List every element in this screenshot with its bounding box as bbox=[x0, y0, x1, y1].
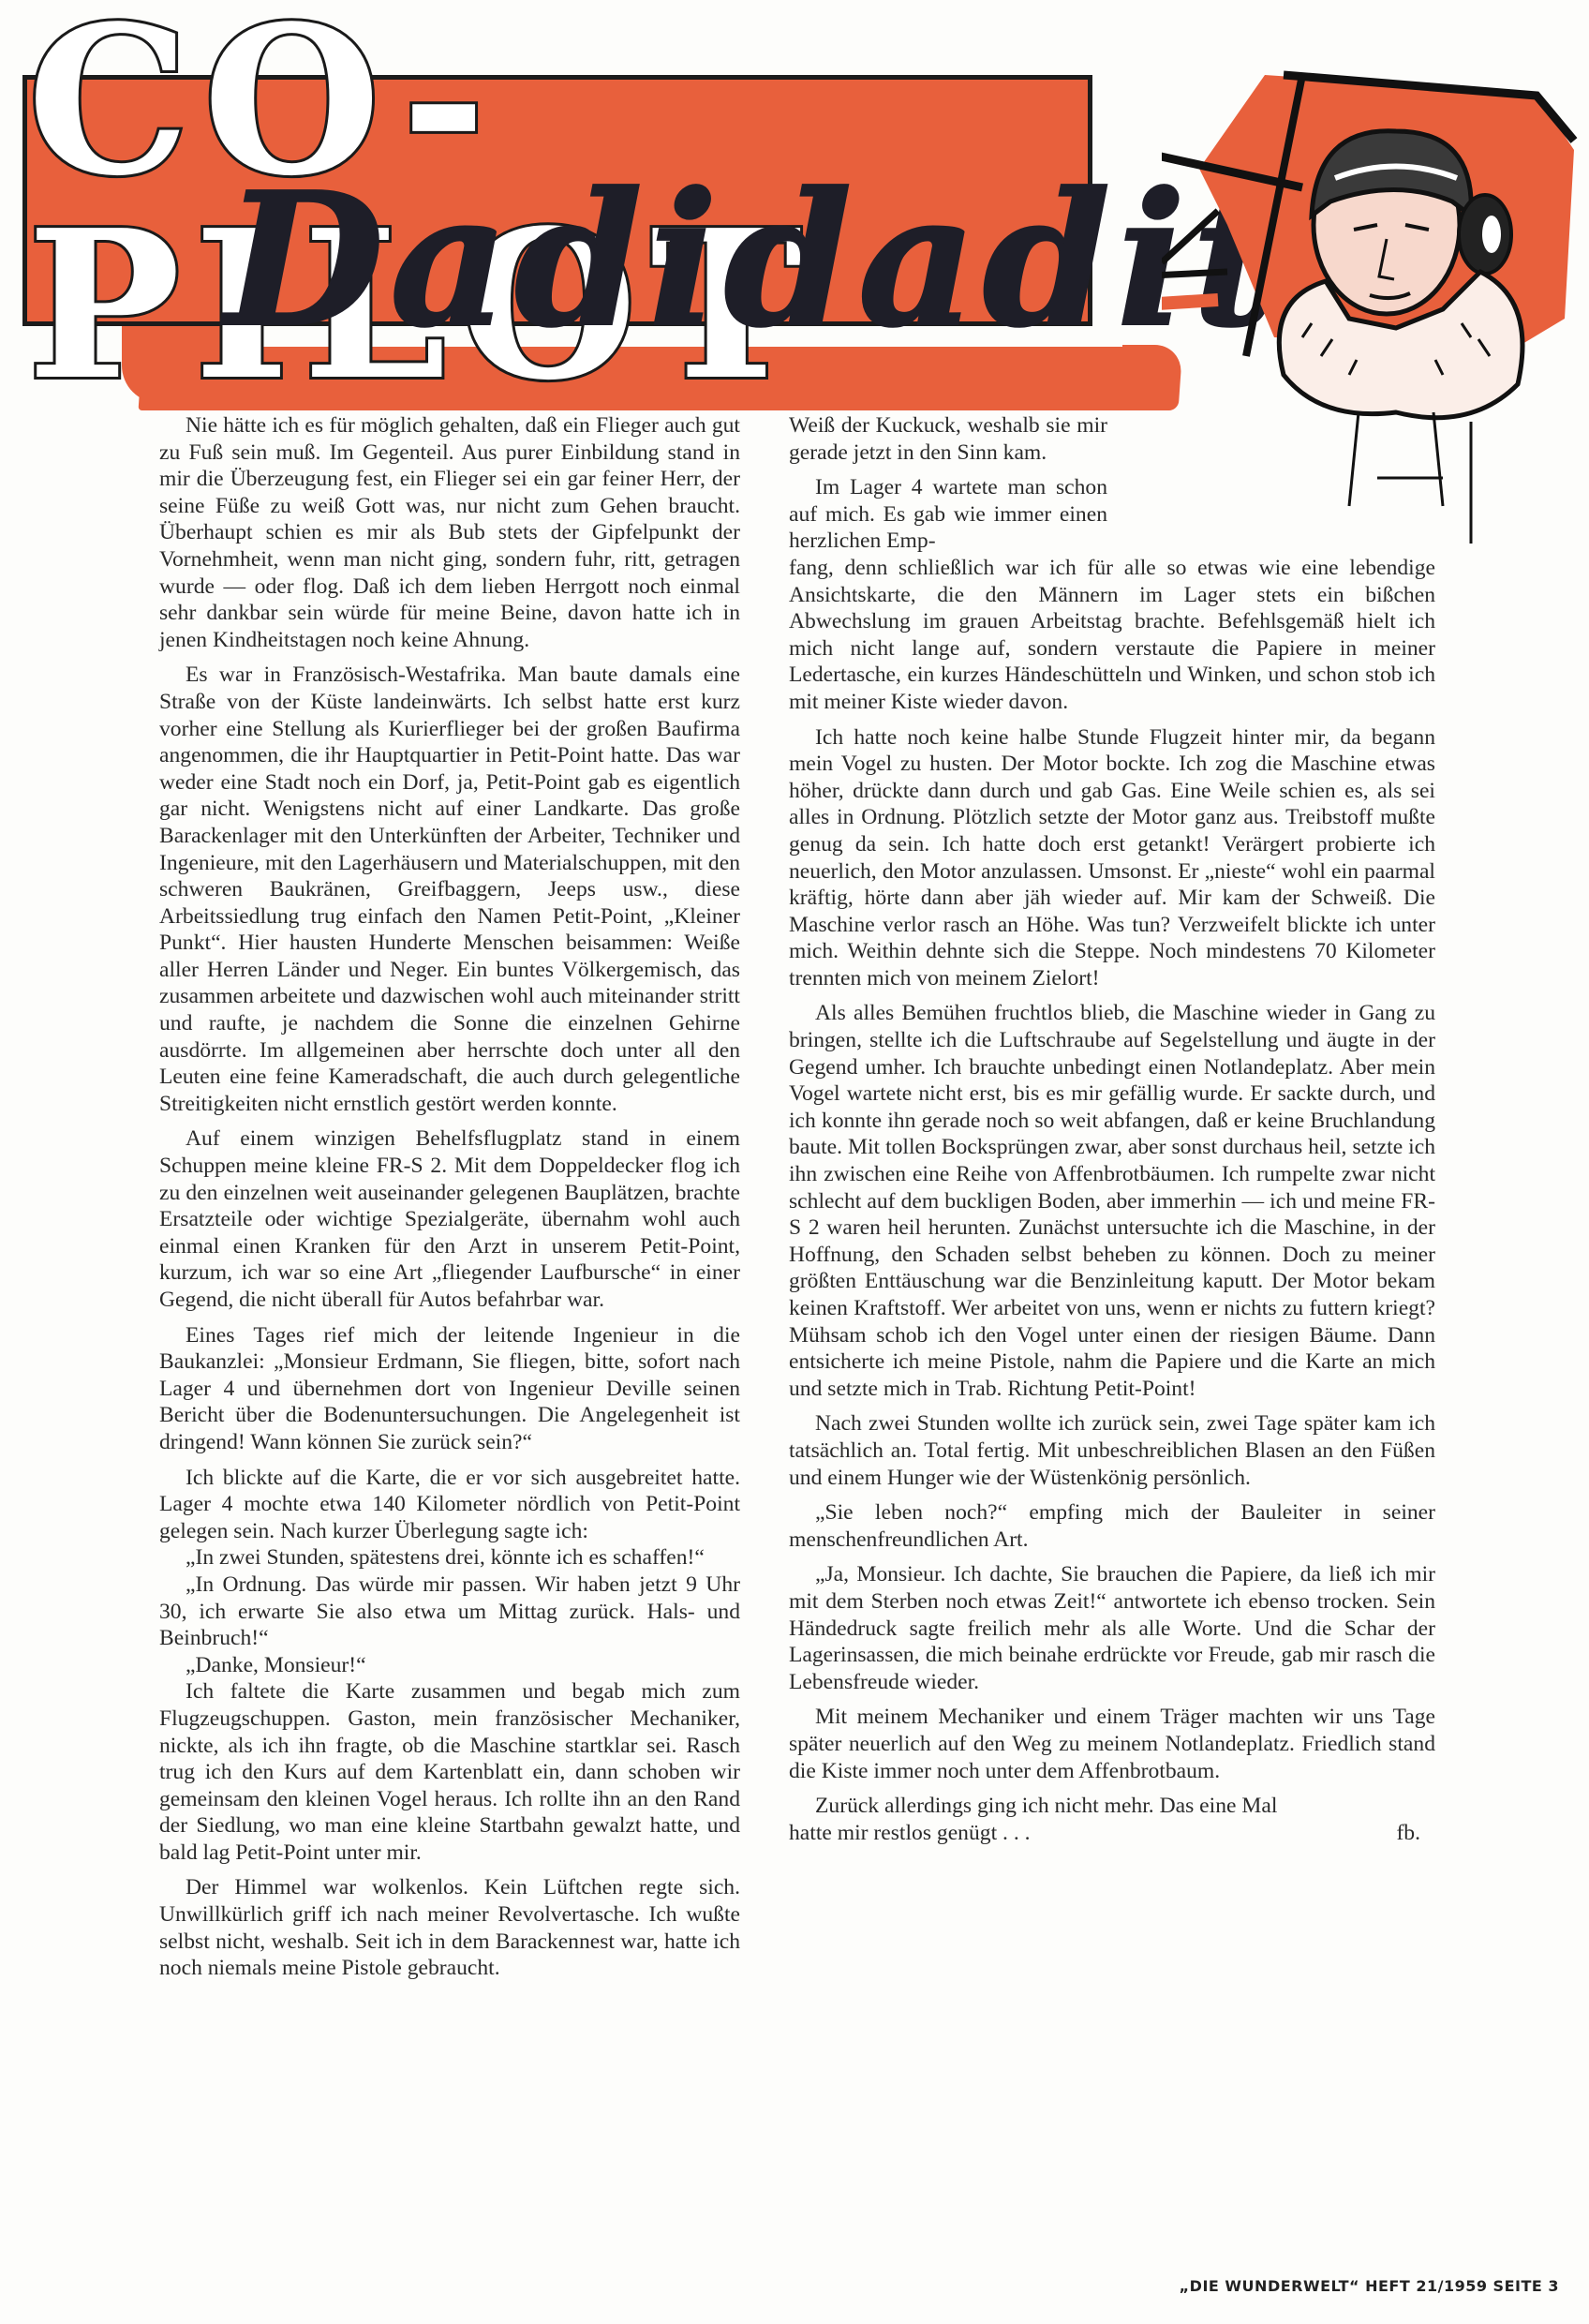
author-initials: fb. bbox=[1396, 1820, 1435, 1847]
page-subtitle: Dadidadit bbox=[225, 169, 1283, 352]
paragraph: Auf einem winzigen Behelfsflugplatz stan… bbox=[159, 1125, 740, 1313]
paragraph: Es war in Französisch-Westafrika. Man ba… bbox=[159, 662, 740, 1117]
paragraph: Ich blickte auf die Karte, die er vor si… bbox=[159, 1465, 740, 1545]
paragraph: „Sie leben noch?“ empfing mich der Baule… bbox=[789, 1499, 1435, 1553]
page-footer: „DIE WUNDERWELT“ HEFT 21/1959 SEITE 3 bbox=[1180, 2277, 1559, 2295]
paragraph-continuation: fang, denn schließlich war ich für alle … bbox=[789, 555, 1435, 716]
paragraph: Als alles Bemühen fruchtlos blieb, die M… bbox=[789, 1000, 1435, 1402]
paragraph: Im Lager 4 wartete man schon auf mich. E… bbox=[789, 474, 1107, 555]
paragraph: Ich hatte noch keine halbe Stunde Flugze… bbox=[789, 724, 1435, 992]
dialogue-line: „In zwei Stunden, spätestens drei, könnt… bbox=[159, 1544, 740, 1572]
paragraph: Der Himmel war wolkenlos. Kein Lüftchen … bbox=[159, 1874, 740, 1981]
closing-text: hatte mir restlos genügt . . . bbox=[789, 1820, 1031, 1847]
paragraph: Eines Tages rief mich der leitende Ingen… bbox=[159, 1322, 740, 1456]
paragraph: Nie hätte ich es für möglich gehalten, d… bbox=[159, 412, 740, 653]
paragraph: Ich faltete die Karte zusammen und begab… bbox=[159, 1678, 740, 1866]
article-column-left: Nie hätte ich es für möglich gehalten, d… bbox=[159, 412, 740, 1990]
paragraph: Nach zwei Stunden wollte ich zurück sein… bbox=[789, 1410, 1435, 1491]
dialogue-line: „In Ordnung. Das würde mir passen. Wir h… bbox=[159, 1572, 740, 1652]
paragraph: Zurück allerdings ging ich nicht mehr. D… bbox=[789, 1793, 1435, 1820]
paragraph: „Ja, Monsieur. Ich dachte, Sie brauchen … bbox=[789, 1561, 1435, 1695]
paragraph: Mit meinem Mechaniker und einem Träger m… bbox=[789, 1704, 1435, 1784]
article-column-right: Weiß der Kuckuck, weshalb sie mir gerade… bbox=[789, 412, 1435, 1846]
closing-line: hatte mir restlos genügt . . . fb. bbox=[789, 1820, 1435, 1847]
paragraph-continuation: Weiß der Kuckuck, weshalb sie mir gerade… bbox=[789, 412, 1107, 466]
dialogue-line: „Danke, Monsieur!“ bbox=[159, 1652, 740, 1679]
